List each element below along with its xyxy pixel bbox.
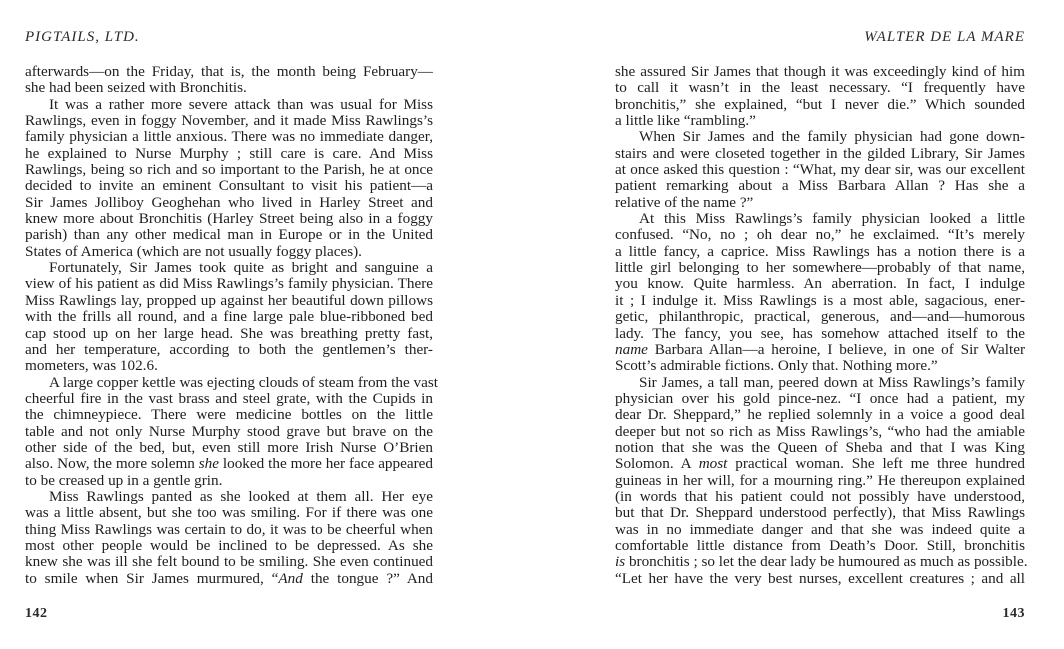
text-line: guineas in her will, for a mourning ring… <box>615 473 1025 489</box>
text-line: most other people would be inclined to b… <box>25 538 433 554</box>
text-line: confused. “No, no ; oh dear no,” he excl… <box>615 227 1025 243</box>
text-line: notion that she was the Queen of Sheba a… <box>615 440 1025 456</box>
text-line: knew more about Bronchitis (Harley Stree… <box>25 211 433 227</box>
text-line: Sir James Jolliboy Geoghehan who lived i… <box>25 195 433 211</box>
text-line: parish) than any other medical man in Eu… <box>25 227 433 243</box>
text-line: she had been seized with Bronchitis. <box>25 80 433 96</box>
text-line: but that Dr. Sheppard understood perfect… <box>615 505 1025 521</box>
text-line: with the frills all round, and a fine la… <box>25 309 433 325</box>
text-line: lady. The fancy, you see, has somehow at… <box>615 326 1025 342</box>
text-line: When Sir James and the family physician … <box>615 129 1025 145</box>
text-line: (in words that his patient could not pos… <box>615 489 1025 505</box>
emphasis: And <box>278 570 302 587</box>
text-line: name Barbara Allan—a heroine, I believe,… <box>615 342 1025 358</box>
text-line: stairs and were closeted together in the… <box>615 146 1025 162</box>
emphasis: is <box>615 553 625 570</box>
text-line: family physician a little anxious. There… <box>25 129 433 145</box>
text-line: a little like “rambling.” <box>615 113 1025 129</box>
text-line: deeper but not so rich as Miss Rawlings’… <box>615 424 1025 440</box>
text-line: a little fancy, a caprice. Miss Rawlings… <box>615 244 1025 260</box>
text-line: comfortable little distance from Death’s… <box>615 538 1025 554</box>
text-line: also. Now, the more solemn she looked th… <box>25 456 433 472</box>
text-line: view of his patient as did Miss Rawlings… <box>25 276 433 292</box>
page-number: 143 <box>1003 606 1026 622</box>
text-line: table and not only Nurse Murphy stood gr… <box>25 424 433 440</box>
emphasis: she <box>199 455 219 472</box>
text-line: he explained to Nurse Murphy ; still car… <box>25 146 433 162</box>
text-line: Miss Rawlings panted as she looked at th… <box>25 489 433 505</box>
text-line: cheerful fire in the vast brass and stee… <box>25 391 433 407</box>
text-line: dear Dr. Sheppard,” he replied solemnly … <box>615 407 1025 423</box>
text-line: is bronchitis ; so let the dear lady be … <box>615 554 1025 570</box>
text-line: she assured Sir James that though it was… <box>615 64 1025 80</box>
text-line: A large copper kettle was ejecting cloud… <box>25 375 433 391</box>
page-number: 142 <box>25 606 48 622</box>
text-line: decided to invite an eminent Consultant … <box>25 178 433 194</box>
text-line: it ; I indulge it. Miss Rawlings is a mo… <box>615 293 1025 309</box>
text-line: It was a rather more severe attack than … <box>25 97 433 113</box>
text-line: relative of the name ?” <box>615 195 1025 211</box>
text-line: was a little absent, but she too was smi… <box>25 505 433 521</box>
text-line: Fortunately, Sir James took quite as bri… <box>25 260 433 276</box>
text-line: physician over his gold pince-nez. “I on… <box>615 391 1025 407</box>
text-line: to smile when Sir James murmured, “And t… <box>25 571 433 587</box>
text-line: afterwards—on the Friday, that is, the m… <box>25 64 433 80</box>
text-line: Rawlings, even in foggy November, and it… <box>25 113 433 129</box>
text-line: at once asked this question : “What, my … <box>615 162 1025 178</box>
text-line: knew she was ill she felt bound to be sm… <box>25 554 433 570</box>
text-line: Scott’s admirable fictions. Only that. N… <box>615 358 1025 374</box>
text-line: thing Miss Rawlings was certain to do, i… <box>25 522 433 538</box>
left-page: PIGTAILS, LTD. afterwards—on the Friday,… <box>25 0 433 649</box>
text-line: mometers, was 102.6. <box>25 358 433 374</box>
text-line: Rawlings, being so rich and so important… <box>25 162 433 178</box>
right-page: WALTER DE LA MARE she assured Sir James … <box>615 0 1025 649</box>
text-line: getic, philanthropic, practical, generou… <box>615 309 1025 325</box>
text-line: At this Miss Rawlings’s family physician… <box>615 211 1025 227</box>
text-line: you know. Quite harmless. An aberration.… <box>615 276 1025 292</box>
text-line: bronchitis,” she explained, “but I never… <box>615 97 1025 113</box>
running-head-author: WALTER DE LA MARE <box>864 29 1025 46</box>
text-line: Miss Rawlings lay, propped up against he… <box>25 293 433 309</box>
text-line: was in no immediate danger and that she … <box>615 522 1025 538</box>
text-line: other side of the bed, but, even still m… <box>25 440 433 456</box>
running-head-title: PIGTAILS, LTD. <box>25 29 140 46</box>
emphasis: most <box>699 455 728 472</box>
text-line: States of America (which are not usually… <box>25 244 433 260</box>
text-line: the chimneypiece. There were medicine bo… <box>25 407 433 423</box>
body-text: she assured Sir James that though it was… <box>615 64 1025 587</box>
body-text: afterwards—on the Friday, that is, the m… <box>25 64 433 587</box>
emphasis: name <box>615 341 648 358</box>
text-line: Sir James, a tall man, peered down at Mi… <box>615 375 1025 391</box>
text-line: cap stood up on her large head. She was … <box>25 326 433 342</box>
text-line: to be creased up in a gentle grin. <box>25 473 433 489</box>
text-line: and her temperature, according to both t… <box>25 342 433 358</box>
text-line: to call it wasn’t in the least necessary… <box>615 80 1025 96</box>
text-line: Solomon. A most practical woman. She lef… <box>615 456 1025 472</box>
text-line: little girl belonging to her somewhere—p… <box>615 260 1025 276</box>
text-line: “Let her have the very best nurses, exce… <box>615 571 1025 587</box>
text-line: patient remarking about a Miss Barbara A… <box>615 178 1025 194</box>
